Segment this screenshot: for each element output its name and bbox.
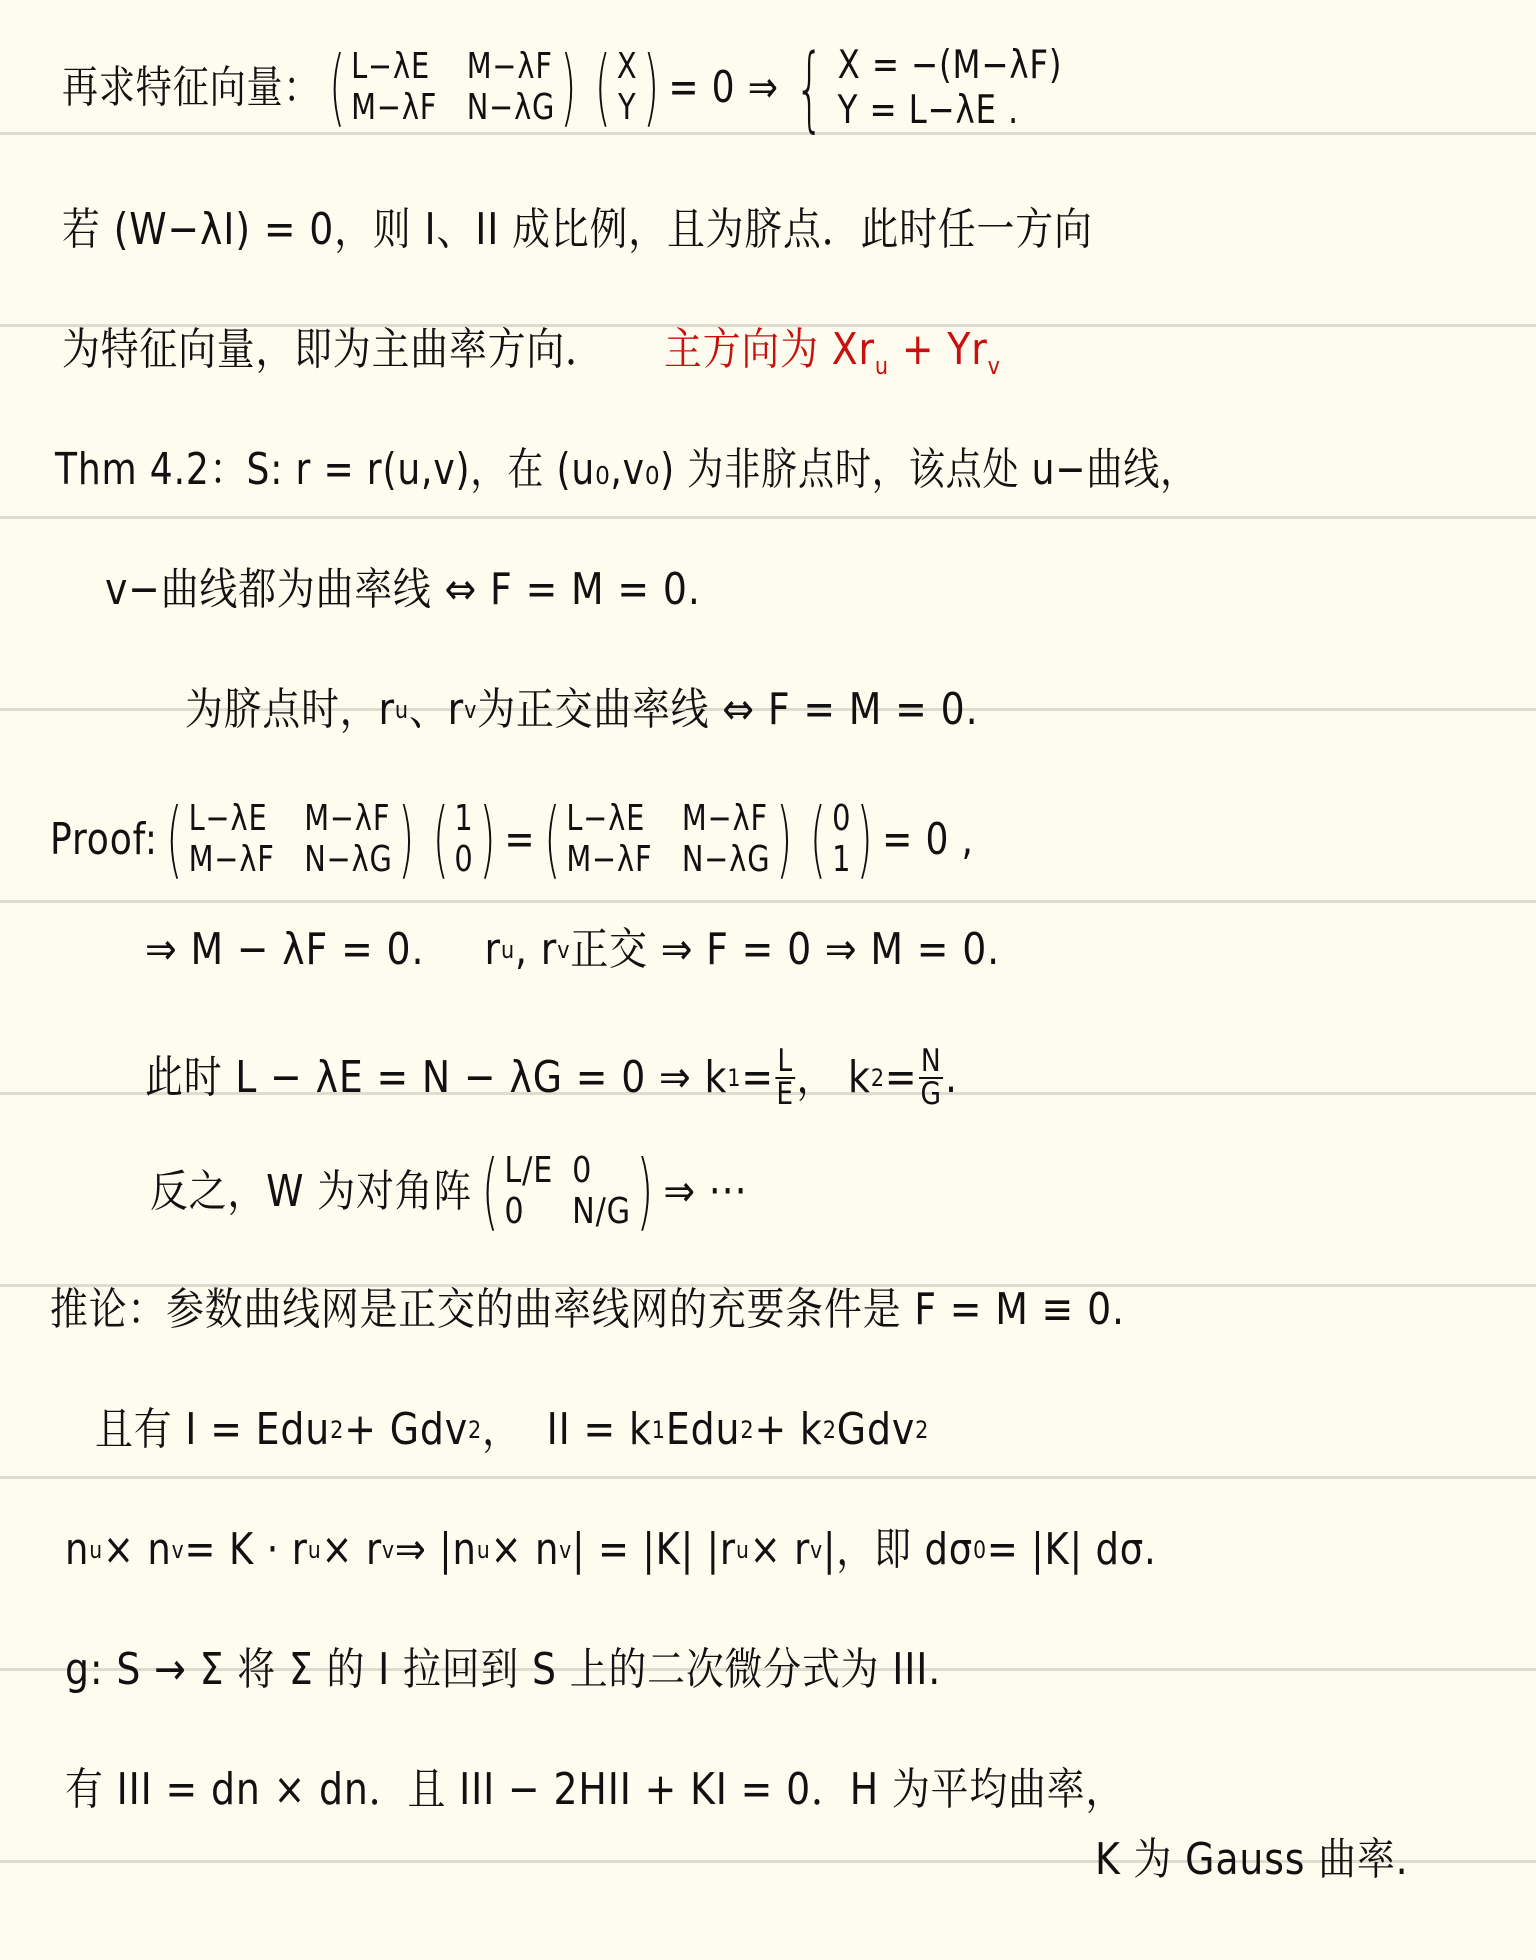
- matrix-cell: L/E: [504, 1153, 553, 1190]
- left-paren: (: [329, 46, 346, 130]
- vector-grid: 1 0: [454, 801, 473, 879]
- right-paren: ): [637, 1150, 654, 1234]
- matrix-grid: L−λE M−λF M−λF N−λG: [566, 801, 770, 879]
- note-text: + Yr: [889, 324, 988, 375]
- fraction-l-over-e: LE: [776, 1046, 795, 1110]
- vector-grid: 0 1: [832, 801, 851, 879]
- line-normal-cross-product: nu × nv = K · ru × rv ⇒ |nu × nv| = |K| …: [65, 1528, 1157, 1572]
- right-paren: ): [479, 798, 496, 882]
- first-form: + Gdv: [344, 1408, 468, 1452]
- eigenvector-prefix: 再求特征向量：: [62, 66, 320, 110]
- coefficient-matrix: ( L−λE M−λF M−λF N−λG ): [539, 798, 798, 882]
- matrix-cell: 0: [572, 1153, 631, 1190]
- right-paren: ): [398, 798, 415, 882]
- vector-cell: 0: [454, 842, 473, 879]
- right-paren: ): [857, 798, 874, 882]
- coefficient-matrix: ( L−λE M−λF M−λF N−λG ): [324, 46, 583, 130]
- basis-vector-a: ( 1 0 ): [427, 798, 501, 882]
- vector-cell: Y: [617, 90, 638, 127]
- matrix-cell: M−λF: [467, 49, 555, 86]
- math-text: × r: [750, 1528, 810, 1572]
- principal-direction-text: 为特征向量，即为主曲率方向．: [62, 328, 604, 372]
- umbilic-case-text: 为脐点时，r: [185, 688, 395, 732]
- proof-tail: = 0 ,: [882, 818, 974, 862]
- line-eigenvector-equation: 再求特征向量： ( L−λE M−λF M−λF N−λG ) ( X Y ) …: [62, 42, 1062, 134]
- left-paren: (: [544, 798, 561, 882]
- unknown-vector: ( X Y ): [589, 46, 665, 130]
- corollary-text: 推论：参数曲线网是正交的曲率线网的充要条件是 F = M ≡ 0.: [50, 1288, 1125, 1332]
- equals-sign: =: [741, 1056, 774, 1100]
- first-form: 且有 I = Edu: [95, 1408, 330, 1452]
- matrix-cell: N−λG: [682, 842, 770, 879]
- subscript: v: [988, 352, 1001, 380]
- system-row-x: X = −(M−λF): [838, 43, 1063, 89]
- gauss-map-text: g: S → Σ 将 Σ 的 I 拉回到 S 上的二次微分式为 III.: [65, 1648, 941, 1692]
- line-proof-step: ⇒ M − λF = 0. ru, rv 正交 ⇒ F = 0 ⇒ M = 0.: [145, 928, 1000, 972]
- second-form: + k: [754, 1408, 822, 1452]
- math-text: × n: [103, 1528, 172, 1572]
- matrix-cell: N/G: [572, 1194, 631, 1231]
- line-third-form: 有 III = dn × dn．且 III − 2HII + KI = 0．H …: [65, 1768, 1124, 1812]
- left-paren: (: [481, 1150, 498, 1234]
- math-text: = |K| dσ.: [987, 1528, 1157, 1572]
- matrix-cell: L−λE: [351, 49, 437, 86]
- fraction-n-over-g: NG: [919, 1046, 943, 1110]
- second-form: II = k: [547, 1408, 652, 1452]
- line-gauss-curvature-note: K 为 Gauss 曲率.: [1095, 1838, 1409, 1882]
- right-paren: ): [643, 46, 660, 130]
- line-umbilic-condition: 若 (W−λI) = 0，则 I、II 成比例，且为脐点．此时任一方向: [62, 208, 1093, 252]
- proof-step-b: r: [485, 928, 501, 972]
- vector-cell: 1: [832, 842, 851, 879]
- left-paren: (: [810, 798, 827, 882]
- math-text: | = |K| |r: [572, 1528, 736, 1572]
- line-principal-curvatures: 此时 L − λE = N − λG = 0 ⇒ k1 = LE ， k2 = …: [145, 1046, 958, 1110]
- basis-vector-b: ( 0 1 ): [805, 798, 879, 882]
- matrix-cell: M−λF: [304, 801, 392, 838]
- matrix-cell: 0: [504, 1194, 553, 1231]
- second-form: Gdv: [837, 1408, 915, 1452]
- matrix-grid: L−λE M−λF M−λF N−λG: [351, 49, 555, 127]
- line-fundamental-forms: 且有 I = Edu2 + Gdv2， II = k1Edu2 + k2Gdv2: [95, 1408, 929, 1452]
- converse-text: 反之，W 为对角阵: [150, 1170, 472, 1214]
- proof-step-b: 正交 ⇒ F = 0 ⇒ M = 0.: [570, 928, 1000, 972]
- matrix-cell: L−λE: [566, 801, 652, 838]
- system-rows: X = −(M−λF) Y = L−λE .: [838, 43, 1063, 134]
- note-text: 主方向为 Xr: [664, 324, 875, 375]
- subscript: u: [875, 352, 889, 380]
- proof-label: Proof:: [50, 818, 158, 862]
- line-corollary: 推论：参数曲线网是正交的曲率线网的充要条件是 F = M ≡ 0.: [50, 1288, 1125, 1332]
- right-paren: ): [561, 46, 578, 130]
- math-text: |，即 dσ: [823, 1528, 973, 1572]
- vector-cell: 1: [454, 801, 473, 838]
- umbilic-condition-text: 若 (W−λI) = 0，则 I、II 成比例，且为脐点．此时任一方向: [62, 208, 1093, 252]
- umbilic-case-text: 、r: [409, 688, 464, 732]
- matrix-cell: N−λG: [467, 90, 555, 127]
- second-form: Edu: [666, 1408, 740, 1452]
- gauss-curvature-text: K 为 Gauss 曲率.: [1095, 1838, 1409, 1882]
- left-paren: (: [432, 798, 449, 882]
- right-paren: ): [776, 798, 793, 882]
- matrix-cell: M−λF: [351, 90, 437, 127]
- notebook-page: 再求特征向量： ( L−λE M−λF M−λF N−λG ) ( X Y ) …: [0, 0, 1536, 1960]
- matrix-cell: L−λE: [189, 801, 275, 838]
- period: .: [945, 1056, 958, 1100]
- matrix-cell: M−λF: [566, 842, 652, 879]
- line-proof: Proof: ( L−λE M−λF M−λF N−λG ) ( 1 0 ) =…: [50, 798, 974, 882]
- matrix-grid: L/E 0 0 N/G: [504, 1153, 631, 1231]
- math-text: ⇒ |n: [395, 1528, 477, 1572]
- line-gauss-map: g: S → Σ 将 Σ 的 I 拉回到 S 上的二次微分式为 III.: [65, 1648, 941, 1692]
- line-theorem-continuation: v−曲线都为曲率线 ⇔ F = M = 0.: [105, 568, 701, 612]
- proof-step-b: , r: [515, 928, 557, 972]
- line-theorem-4-2: Thm 4.2：S: r = r(u,v)，在 (u₀,v₀) 为非脐点时，该点…: [55, 448, 1197, 492]
- line-principal-direction: 为特征向量，即为主曲率方向． 主方向为 Xru + Yrv: [62, 328, 1001, 372]
- equals-sign: =: [885, 1056, 918, 1100]
- proof-step-a: ⇒ M − λF = 0.: [145, 928, 424, 972]
- umbilic-case-text: 为正交曲率线 ⇔ F = M = 0.: [477, 688, 978, 732]
- math-text: n: [65, 1528, 89, 1572]
- solution-system: { X = −(M−λF) Y = L−λE .: [785, 42, 1062, 134]
- theorem-statement: Thm 4.2：S: r = r(u,v)，在 (u₀,v₀) 为非脐点时，该点…: [55, 448, 1197, 492]
- math-text: = K · r: [185, 1528, 308, 1572]
- denominator: G: [921, 1079, 942, 1110]
- line-umbilic-case: 为脐点时，ru、rv 为正交曲率线 ⇔ F = M = 0.: [185, 688, 978, 732]
- matrix-grid: L−λE M−λF M−λF N−λG: [189, 801, 393, 879]
- third-form-text: 有 III = dn × dn．且 III − 2HII + KI = 0．H …: [65, 1768, 1124, 1812]
- denominator: E: [776, 1079, 794, 1110]
- system-row-y: Y = L−λE .: [838, 88, 1063, 134]
- curvature-text: 此时 L − λE = N − λG = 0 ⇒ k: [145, 1056, 727, 1100]
- equals-sign: =: [504, 818, 535, 862]
- matrix-cell: M−λF: [189, 842, 275, 879]
- converse-tail: ⇒ ···: [663, 1170, 747, 1214]
- matrix-cell: M−λF: [682, 801, 770, 838]
- separator: ， k: [796, 1056, 870, 1100]
- numerator: L: [776, 1046, 795, 1079]
- left-paren: (: [595, 46, 612, 130]
- math-text: × n: [491, 1528, 560, 1572]
- math-text: × r: [322, 1528, 382, 1572]
- line-converse: 反之，W 为对角阵 ( L/E 0 0 N/G ) ⇒ ···: [150, 1150, 747, 1234]
- left-brace: {: [795, 42, 824, 134]
- vector-cell: 0: [832, 801, 851, 838]
- matrix-cell: N−λG: [304, 842, 392, 879]
- separator: ，: [482, 1408, 521, 1452]
- principal-direction-note: 主方向为 Xru + Yrv: [664, 328, 1001, 372]
- equals-implies: = 0 ⇒: [668, 66, 778, 110]
- diagonal-matrix: ( L/E 0 0 N/G ): [476, 1150, 660, 1234]
- vector-grid: X Y: [617, 49, 638, 127]
- numerator: N: [919, 1046, 943, 1079]
- left-paren: (: [167, 798, 184, 882]
- vector-cell: X: [617, 49, 638, 86]
- theorem-continuation-text: v−曲线都为曲率线 ⇔ F = M = 0.: [105, 568, 701, 612]
- coefficient-matrix: ( L−λE M−λF M−λF N−λG ): [161, 798, 420, 882]
